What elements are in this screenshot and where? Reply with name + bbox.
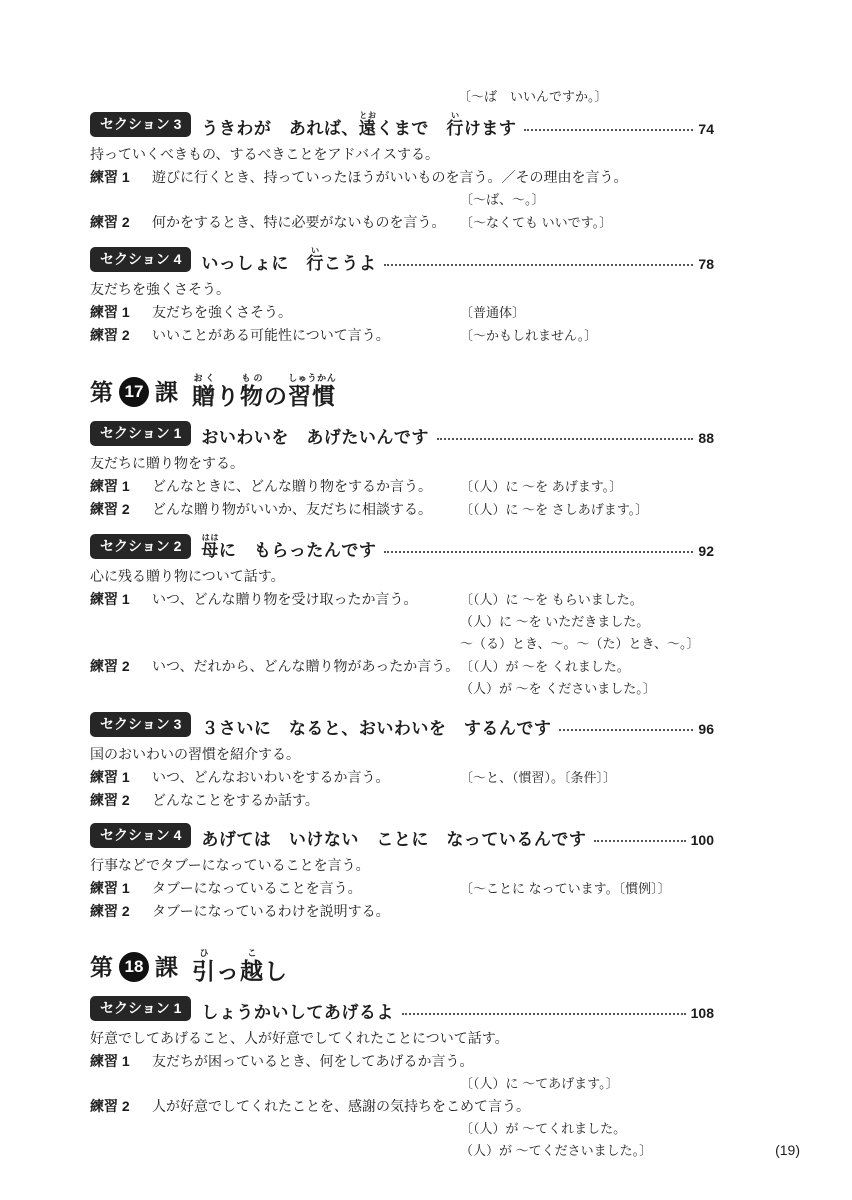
practice-row: 練習 1 いつ、どんなおいわいをするか言う。 〔～と、（慣習）。〔条件〕〕 xyxy=(90,767,714,789)
grammar-note: 〔～ば いいんですか。〕 xyxy=(458,86,714,105)
practice-label xyxy=(90,189,152,211)
practice-label: 練習 2 xyxy=(90,325,152,347)
dotted-leader xyxy=(437,438,694,440)
practice-row: 練習 2 どんなことをするか話す。 xyxy=(90,790,714,811)
lesson-title: 引ひっ越こし xyxy=(192,948,288,986)
practice-note: 〔（人）に ～てあげます。〕 xyxy=(460,1073,714,1095)
section-heading: セクション 3 うきわが あれば、遠とおくまで 行いけます 74 xyxy=(90,111,714,139)
practice-label: 練習 2 xyxy=(90,1096,152,1117)
practice-label: 練習 1 xyxy=(90,302,152,324)
section-description: 友だちを強くさそう。 xyxy=(90,279,714,300)
practice-row: 練習 1 友だちが困っているとき、何をしてあげるか言う。 xyxy=(90,1051,714,1072)
section-badge: セクション 1 xyxy=(90,421,191,446)
practice-label: 練習 2 xyxy=(90,901,152,922)
practice-text: いつ、だれから、どんな贈り物があったか言う。 xyxy=(152,656,460,700)
practice-row: 練習 2 どんな贈り物がいいか、友だちに相談する。 〔（人）に ～を さしあげま… xyxy=(90,499,714,521)
practice-note: 〔（人）が ～てくれました。 （人）が ～てくださいました。〕 xyxy=(460,1118,714,1162)
dotted-leader xyxy=(559,729,693,731)
section-title: ３さいに なると、おいわいを するんです xyxy=(201,714,551,739)
practice-label: 練習 2 xyxy=(90,499,152,521)
page-number: 78 xyxy=(698,256,714,272)
lesson-suffix: 課 xyxy=(155,381,178,404)
lesson-heading: 第 18 課 引ひっ越こし xyxy=(90,948,714,986)
lesson-heading: 第 17 課 贈おくり物ものの習慣しゅうかん xyxy=(90,373,714,411)
practice-text: タブーになっているわけを説明する。 xyxy=(152,901,714,922)
page-number: 108 xyxy=(691,1005,714,1021)
practice-label: 練習 1 xyxy=(90,878,152,900)
practice-text: 遊びに行くとき、持っていったほうがいいものを言う。／その理由を言う。 xyxy=(152,167,714,188)
section-badge: セクション 3 xyxy=(90,712,191,737)
practice-row: 〔（人）に ～てあげます。〕 xyxy=(90,1073,714,1095)
practice-label: 練習 2 xyxy=(90,790,152,811)
practice-text: 何かをするとき、特に必要がないものを言う。 xyxy=(152,212,460,234)
practice-text: 人が好意でしてくれたことを、感謝の気持ちをこめて言う。 xyxy=(152,1096,714,1117)
page-number: 96 xyxy=(698,721,714,737)
page-number: 92 xyxy=(698,543,714,559)
section-badge: セクション 1 xyxy=(90,996,191,1021)
practice-text xyxy=(152,1118,460,1162)
section-heading: セクション 1 おいわいを あげたいんです 88 xyxy=(90,421,714,448)
dotted-leader xyxy=(524,129,693,131)
practice-text: どんなことをするか話す。 xyxy=(152,790,714,811)
practice-row: 練習 2 いつ、だれから、どんな贈り物があったか言う。 〔（人）が ～を くれま… xyxy=(90,656,714,700)
practice-text: 友だちを強くさそう。 xyxy=(152,302,460,324)
page-number: 88 xyxy=(698,430,714,446)
practice-label: 練習 1 xyxy=(90,476,152,498)
lesson-number-circle: 17 xyxy=(119,377,149,407)
practice-text xyxy=(152,1073,460,1095)
section-description: 友だちに贈り物をする。 xyxy=(90,453,714,474)
toc-section: セクション 1 おいわいを あげたいんです 88 友だちに贈り物をする。 練習 … xyxy=(90,421,714,521)
practice-note: 〔（人）に ～を もらいました。 （人）に ～を いただきました。 ～（る）とき… xyxy=(460,589,714,655)
practice-note: 〔～ば、～。〕 xyxy=(460,189,714,211)
section-description: 好意でしてあげること、人が好意でしてくれたことについて話す。 xyxy=(90,1028,714,1049)
practice-label xyxy=(90,1073,152,1095)
practice-label: 練習 2 xyxy=(90,212,152,234)
section-title: うきわが あれば、遠とおくまで 行いけます xyxy=(201,111,516,139)
lesson-title: 贈おくり物ものの習慣しゅうかん xyxy=(192,373,336,411)
practice-note: 〔（人）に ～を あげます。〕 xyxy=(460,476,714,498)
toc-section: セクション 4 あげては いけない ことに なっているんです 100 行事などで… xyxy=(90,823,714,922)
practice-text: どんなときに、どんな贈り物をするか言う。 xyxy=(152,476,460,498)
practice-text: いいことがある可能性について言う。 xyxy=(152,325,460,347)
practice-row: 練習 2 人が好意でしてくれたことを、感謝の気持ちをこめて言う。 xyxy=(90,1096,714,1117)
lesson-prefix: 第 xyxy=(90,381,113,404)
section-badge: セクション 2 xyxy=(90,534,191,559)
page-number: 100 xyxy=(691,832,714,848)
section-description: 心に残る贈り物について話す。 xyxy=(90,566,714,587)
page-number: 74 xyxy=(698,121,714,137)
toc-page: 〔～ば いいんですか。〕 セクション 3 うきわが あれば、遠とおくまで 行いけ… xyxy=(90,86,714,1174)
section-heading: セクション 4 あげては いけない ことに なっているんです 100 xyxy=(90,823,714,850)
practice-row: 練習 1 どんなときに、どんな贈り物をするか言う。 〔（人）に ～を あげます。… xyxy=(90,476,714,498)
toc-section: セクション 4 いっしょに 行いこうよ 78 友だちを強くさそう。 練習 1 友… xyxy=(90,246,714,347)
practice-label: 練習 1 xyxy=(90,589,152,655)
practice-text: 友だちが困っているとき、何をしてあげるか言う。 xyxy=(152,1051,714,1072)
toc-section: セクション 3 ３さいに なると、おいわいを するんです 96 国のおいわいの習… xyxy=(90,712,714,811)
toc-section: セクション 2 母ははに もらったんです 92 心に残る贈り物について話す。 練… xyxy=(90,533,714,700)
practice-note: 〔（人）に ～を さしあげます。〕 xyxy=(460,499,714,521)
dotted-leader xyxy=(384,551,693,553)
toc-section: セクション 1 しょうかいしてあげるよ 108 好意でしてあげること、人が好意で… xyxy=(90,996,714,1162)
practice-row: 練習 2 タブーになっているわけを説明する。 xyxy=(90,901,714,922)
practice-note: 〔普通体〕 xyxy=(460,302,714,324)
practice-row: 〔（人）が ～てくれました。 （人）が ～てくださいました。〕 xyxy=(90,1118,714,1162)
section-description: 国のおいわいの習慣を紹介する。 xyxy=(90,744,714,765)
section-heading: セクション 2 母ははに もらったんです 92 xyxy=(90,533,714,561)
practice-label xyxy=(90,1118,152,1162)
practice-row: 練習 2 何かをするとき、特に必要がないものを言う。 〔～なくても いいです。〕 xyxy=(90,212,714,234)
practice-row: 練習 1 いつ、どんな贈り物を受け取ったか言う。 〔（人）に ～を もらいました… xyxy=(90,589,714,655)
practice-row: 〔～ば、～。〕 xyxy=(90,189,714,211)
practice-text: いつ、どんなおいわいをするか言う。 xyxy=(152,767,460,789)
practice-note: 〔～ことに なっています。〔慣例〕〕 xyxy=(460,878,714,900)
section-title: いっしょに 行いこうよ xyxy=(201,246,376,274)
section-heading: セクション 4 いっしょに 行いこうよ 78 xyxy=(90,246,714,274)
practice-note: 〔～なくても いいです。〕 xyxy=(460,212,714,234)
practice-note: 〔～かもしれません。〕 xyxy=(460,325,714,347)
practice-text xyxy=(152,189,460,211)
dotted-leader xyxy=(402,1013,686,1015)
practice-note: 〔（人）が ～を くれました。 （人）が ～を くださいました。〕 xyxy=(460,656,714,700)
section-description: 持っていくべきもの、するべきことをアドバイスする。 xyxy=(90,144,714,165)
practice-note: 〔～と、（慣習）。〔条件〕〕 xyxy=(460,767,714,789)
dotted-leader xyxy=(384,264,693,266)
section-title: あげては いけない ことに なっているんです xyxy=(201,825,586,850)
practice-text: いつ、どんな贈り物を受け取ったか言う。 xyxy=(152,589,460,655)
section-title: 母ははに もらったんです xyxy=(201,533,376,561)
practice-row: 練習 2 いいことがある可能性について言う。 〔～かもしれません。〕 xyxy=(90,325,714,347)
practice-row: 練習 1 タブーになっていることを言う。 〔～ことに なっています。〔慣例〕〕 xyxy=(90,878,714,900)
practice-label: 練習 1 xyxy=(90,1051,152,1072)
dotted-leader xyxy=(594,840,685,842)
practice-text: タブーになっていることを言う。 xyxy=(152,878,460,900)
toc-section: セクション 3 うきわが あれば、遠とおくまで 行いけます 74 持っていくべき… xyxy=(90,111,714,234)
lesson-suffix: 課 xyxy=(155,956,178,979)
practice-row: 練習 1 友だちを強くさそう。 〔普通体〕 xyxy=(90,302,714,324)
section-badge: セクション 3 xyxy=(90,112,191,137)
section-badge: セクション 4 xyxy=(90,823,191,848)
lesson-number-circle: 18 xyxy=(119,952,149,982)
page-footer-number: (19) xyxy=(775,1142,800,1158)
practice-label: 練習 1 xyxy=(90,767,152,789)
section-description: 行事などでタブーになっていることを言う。 xyxy=(90,855,714,876)
section-title: しょうかいしてあげるよ xyxy=(201,998,394,1023)
practice-label: 練習 1 xyxy=(90,167,152,188)
section-heading: セクション 3 ３さいに なると、おいわいを するんです 96 xyxy=(90,712,714,739)
section-badge: セクション 4 xyxy=(90,247,191,272)
practice-label: 練習 2 xyxy=(90,656,152,700)
lesson-prefix: 第 xyxy=(90,956,113,979)
practice-text: どんな贈り物がいいか、友だちに相談する。 xyxy=(152,499,460,521)
practice-row: 練習 1 遊びに行くとき、持っていったほうがいいものを言う。／その理由を言う。 xyxy=(90,167,714,188)
section-heading: セクション 1 しょうかいしてあげるよ 108 xyxy=(90,996,714,1023)
section-title: おいわいを あげたいんです xyxy=(201,423,429,448)
